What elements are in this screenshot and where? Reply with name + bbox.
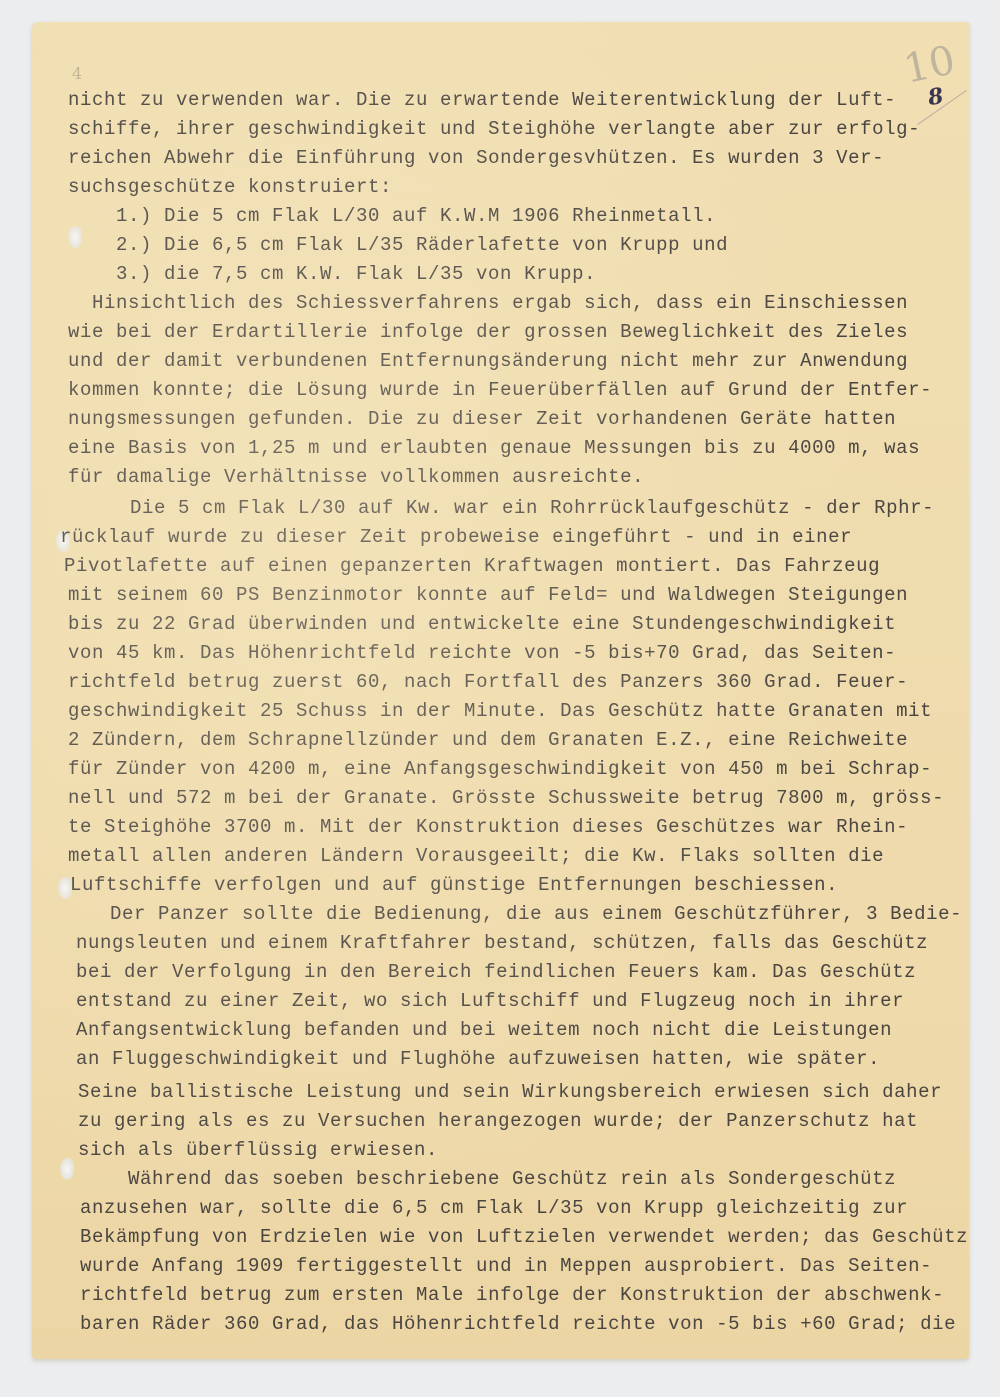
- text-line: geschwindigkeit 25 Schuss in der Minute.…: [68, 699, 932, 723]
- text-line: entstand zu einer Zeit, wo sich Luftschi…: [76, 989, 904, 1013]
- typewritten-text: nicht zu verwenden war. Die zu erwartend…: [32, 22, 969, 1359]
- text-line: schiffe, ihrer geschwindigkeit und Steig…: [68, 117, 920, 141]
- text-line: Pivotlafette auf einen gepanzerten Kraft…: [64, 554, 880, 578]
- text-line: bei der Verfolgung in den Bereich feindl…: [76, 960, 916, 984]
- text-line: zu gering als es zu Versuchen herangezog…: [78, 1109, 918, 1133]
- text-line: Luftschiffe verfolgen und auf günstige E…: [70, 873, 838, 897]
- text-line: reichen Abwehr die Einführung von Sonder…: [68, 146, 884, 170]
- text-line: te Steighöhe 3700 m. Mit der Konstruktio…: [68, 815, 908, 839]
- text-line: bis zu 22 Grad überwinden und entwickelt…: [68, 612, 896, 636]
- text-line: nungsmessungen gefunden. Die zu dieser Z…: [68, 407, 896, 431]
- text-line: kommen konnte; die Lösung wurde in Feuer…: [68, 378, 932, 402]
- text-line: wie bei der Erdartillerie infolge der gr…: [68, 320, 908, 344]
- text-line: richtfeld betrug zum ersten Male infolge…: [80, 1283, 944, 1307]
- text-line: richtfeld betrug zuerst 60, nach Fortfal…: [68, 670, 908, 694]
- text-line: 3.) die 7,5 cm K.W. Flak L/35 von Krupp.: [116, 262, 596, 286]
- text-line: Die 5 cm Flak L/30 auf Kw. war ein Rohrr…: [130, 496, 934, 520]
- text-line: wurde Anfang 1909 fertiggestellt und in …: [80, 1254, 932, 1278]
- text-line: für Zünder von 4200 m, eine Anfangsgesch…: [68, 757, 932, 781]
- text-line: von 45 km. Das Höhenrichtfeld reichte vo…: [68, 641, 896, 665]
- text-line: nungsleuten und einem Kraftfahrer bestan…: [76, 931, 928, 955]
- text-line: und der damit verbundenen Entfernungsänd…: [68, 349, 908, 373]
- text-line: anzusehen war, sollte die 6,5 cm Flak L/…: [80, 1196, 908, 1220]
- text-line: rücklauf wurde zu dieser Zeit probeweise…: [60, 525, 852, 549]
- text-line: für damalige Verhältnisse vollkommen aus…: [68, 465, 644, 489]
- text-line: Hinsichtlich des Schiessverfahrens ergab…: [92, 291, 908, 315]
- text-line: Seine ballistische Leistung und sein Wir…: [78, 1080, 942, 1104]
- text-line: Der Panzer sollte die Bedienung, die aus…: [110, 902, 962, 926]
- text-line: 2 Zündern, dem Schrapnellzünder und dem …: [68, 728, 908, 752]
- text-line: 2.) Die 6,5 cm Flak L/35 Räderlafette vo…: [116, 233, 728, 257]
- text-line: 1.) Die 5 cm Flak L/30 auf K.W.M 1906 Rh…: [116, 204, 716, 228]
- text-line: suchsgeschütze konstruiert:: [68, 175, 392, 199]
- text-line: Anfangsentwicklung befanden und bei weit…: [76, 1018, 892, 1042]
- text-line: mit seinem 60 PS Benzinmotor konnte auf …: [68, 583, 908, 607]
- text-line: Während das soeben beschriebene Geschütz…: [128, 1167, 896, 1191]
- text-line: sich als überflüssig erwiesen.: [78, 1138, 438, 1162]
- text-line: nicht zu verwenden war. Die zu erwartend…: [68, 88, 896, 112]
- text-line: an Fluggeschwindigkeit und Flughöhe aufz…: [76, 1047, 880, 1071]
- text-line: Bekämpfung von Erdzielen wie von Luftzie…: [80, 1225, 968, 1249]
- text-line: eine Basis von 1,25 m und erlaubten gena…: [68, 436, 920, 460]
- document-page: 4 10 8 nicht zu verwenden war. Die zu er…: [32, 22, 969, 1359]
- text-line: nell und 572 m bei der Granate. Grösste …: [68, 786, 944, 810]
- text-line: metall allen anderen Ländern Vorausgeeil…: [68, 844, 884, 868]
- text-line: baren Räder 360 Grad, das Höhenrichtfeld…: [80, 1312, 956, 1336]
